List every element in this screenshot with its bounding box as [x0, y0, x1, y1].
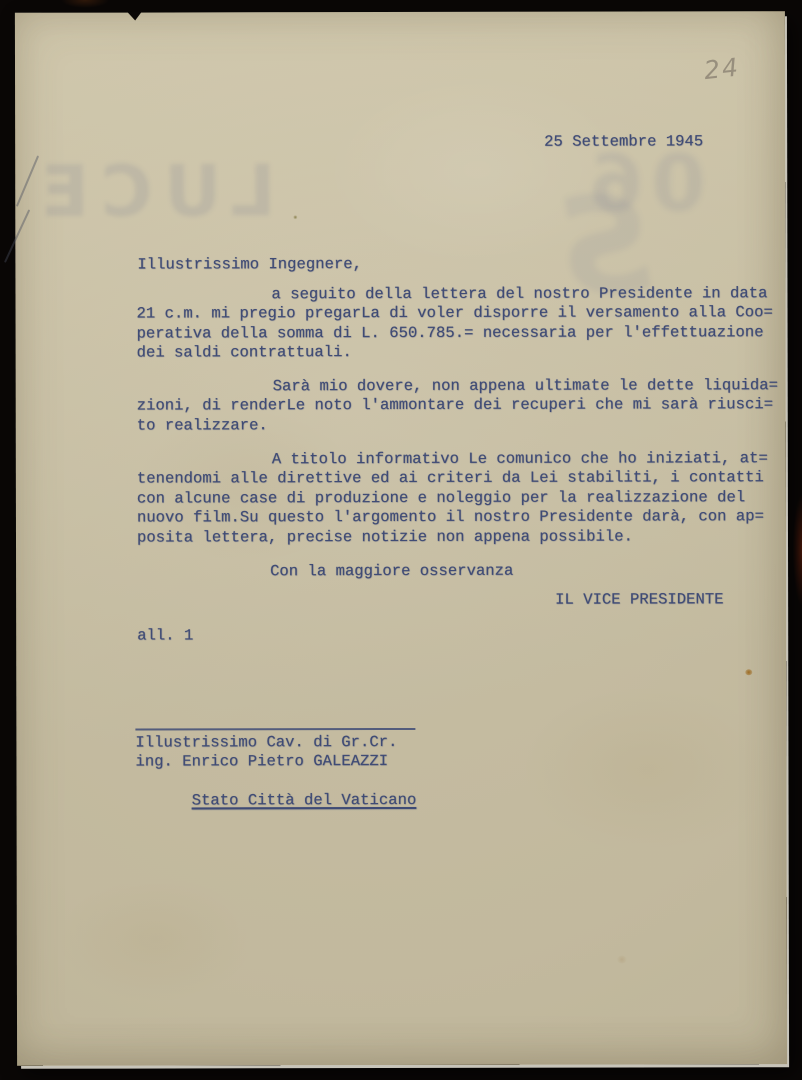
paragraph-1-line-1: a seguito della lettera del nostro Presi…: [271, 284, 767, 304]
paragraph-1-line-4: dei saldi contrattuali.: [137, 343, 352, 363]
paragraph-2-line-1: Sarà mio dovere, non appena ultimate le …: [273, 376, 778, 396]
closing-formula: Con la maggiore osservanza: [270, 562, 513, 582]
recipient-line-2: ing. Enrico Pietro GALEAZZI: [135, 752, 415, 772]
mat-top-glare: [55, 0, 115, 10]
letter-sheet: LUCE 06 S 24 25 Settembre 1945 Illustris…: [15, 11, 787, 1066]
recipient-line-3: Stato Città del Vaticano: [135, 772, 415, 831]
foxing-spot: [617, 956, 627, 964]
bleed-through-right-top: 06: [581, 139, 706, 229]
foxing-spot: [745, 669, 752, 675]
salutation: Illustrissimo Ingegnere,: [137, 255, 362, 275]
paragraph-3-line-1: A titolo informativo Le comunico che ho …: [272, 449, 768, 469]
paragraph-3-line-4: nuovo film.Su questo l'argomento il nost…: [137, 507, 764, 528]
paragraph-3-line-3: con alcune case di produzione e noleggio…: [137, 488, 745, 509]
letter-date: 25 Settembre 1945: [544, 132, 703, 152]
paper-edge-notch: [127, 12, 142, 21]
paragraph-3-line-5: posita lettera, precise notizie non appe…: [137, 528, 633, 548]
pencil-page-number: 24: [703, 53, 742, 86]
pencil-mark-slash: [4, 209, 30, 262]
paragraph-1-line-3: perativa della somma di L. 650.785.= nec…: [137, 323, 764, 344]
bleed-through-left: LUCE: [29, 150, 275, 233]
signature-title: IL VICE PRESIDENTE: [555, 590, 723, 610]
recipient-line-3-text: Stato Città del Vaticano: [192, 791, 425, 809]
pencil-mark-slash: [16, 155, 39, 206]
paragraph-2-line-3: to realizzare.: [137, 416, 268, 436]
paragraph-1-line-2: 21 c.m. mi pregio pregarLa di voler disp…: [137, 303, 773, 324]
recipient-address-block: Illustrissimo Cav. di Gr.Cr. ing. Enrico…: [135, 728, 415, 831]
paragraph-3-line-2: tenendomi alle direttive ed ai criteri d…: [137, 468, 764, 489]
paragraph-2-line-2: zioni, di renderLe noto l'ammontare dei …: [137, 395, 773, 416]
ink-speck: [293, 215, 297, 219]
enclosures-note: all. 1: [137, 626, 193, 646]
recipient-line-1: Illustrissimo Cav. di Gr.Cr.: [135, 733, 415, 753]
